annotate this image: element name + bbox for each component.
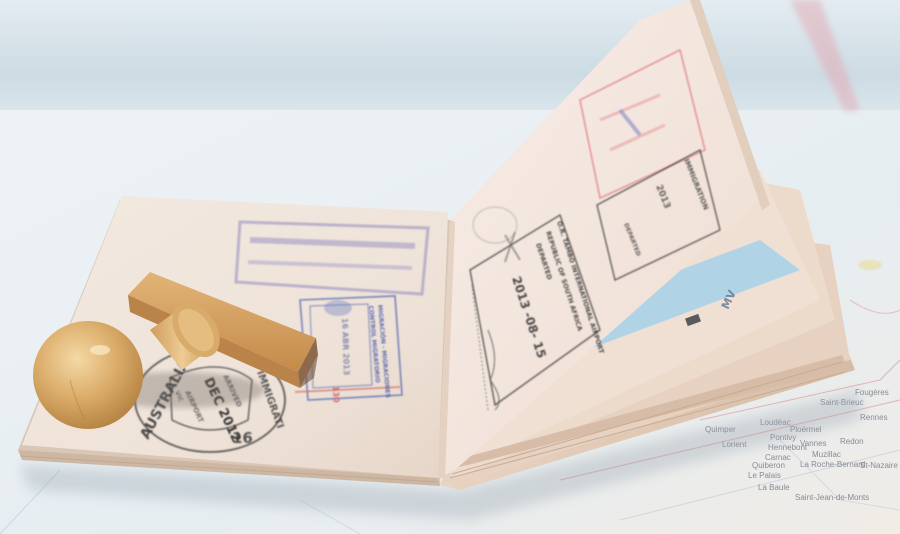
svg-text:St-Nazaire: St-Nazaire (860, 461, 898, 470)
svg-text:Fougères: Fougères (855, 388, 889, 397)
svg-text:Muzillac: Muzillac (812, 450, 841, 459)
svg-text:La Roche-Bernard: La Roche-Bernard (800, 460, 865, 469)
svg-text:Vannes: Vannes (800, 439, 827, 448)
svg-text:16: 16 (232, 429, 253, 447)
svg-text:Le Palais: Le Palais (748, 471, 781, 480)
svg-text:La Baule: La Baule (758, 483, 790, 492)
svg-text:130: 130 (331, 386, 341, 403)
svg-text:Redon: Redon (840, 437, 864, 446)
passport-photo: Saint-Brieuc Fougères Loudéac Rennes Qui… (0, 0, 900, 534)
photo-scene: Saint-Brieuc Fougères Loudéac Rennes Qui… (0, 0, 900, 534)
svg-text:Rennes: Rennes (860, 413, 888, 422)
svg-text:Saint-Jean-de-Monts: Saint-Jean-de-Monts (795, 493, 869, 502)
svg-text:Quiberon: Quiberon (752, 461, 785, 470)
